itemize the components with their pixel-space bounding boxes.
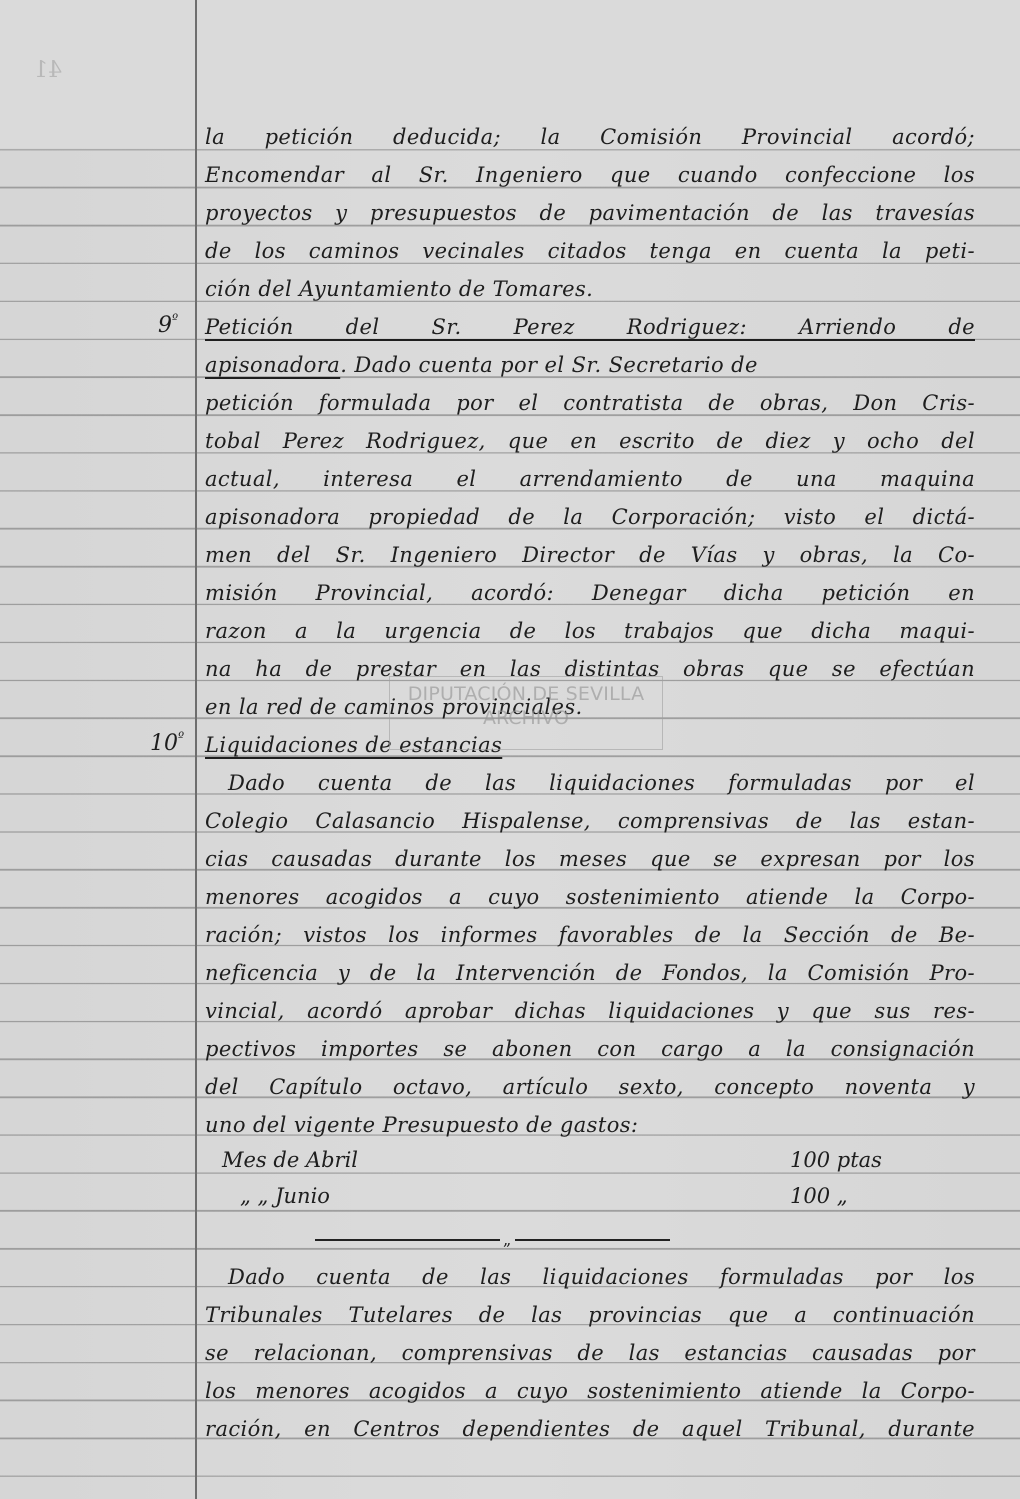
text-line: neficencia y de la Intervención de Fondo…	[205, 958, 975, 988]
separator-rule: „	[315, 1233, 670, 1247]
text-line: ción del Ayuntamiento de Tomares.	[205, 274, 975, 304]
text-line: razon a la urgencia de los trabajos que …	[205, 616, 975, 646]
text-line: misión Provincial, acordó: Denegar dicha…	[205, 578, 975, 608]
text-line: uno del vigente Presupuesto de gastos:	[205, 1110, 975, 1140]
section-heading-text: apisonadora	[205, 353, 340, 377]
separator-bar-left	[315, 1239, 500, 1241]
text-line: actual, interesa el arrendamiento de una…	[205, 464, 975, 494]
text-line: los menores acogidos a cuyo sostenimient…	[205, 1376, 975, 1406]
section-number-10: 10º	[150, 730, 184, 756]
bleed-through-page-number: 41	[34, 58, 62, 83]
text-line: de los caminos vecinales citados tenga e…	[205, 236, 975, 266]
entry-amount: 100 „	[790, 1184, 848, 1208]
margin-line	[195, 0, 197, 1499]
section-number-9: 9º	[158, 312, 178, 338]
text-line: Encomendar al Sr. Ingeniero que cuando c…	[205, 160, 975, 190]
separator-mark: „	[503, 1230, 511, 1249]
text-line: Colegio Calasancio Hispalense, comprensi…	[205, 806, 975, 836]
text-line: pectivos importes se abonen con cargo a …	[205, 1034, 975, 1064]
section-heading-continuation: apisonadora. Dado cuenta por el Sr. Secr…	[205, 350, 975, 380]
text-line: Tribunales Tutelares de las provincias q…	[205, 1300, 975, 1330]
text-line: del Capítulo octavo, artículo sexto, con…	[205, 1072, 975, 1102]
text-line: apisonadora propiedad de la Corporación;…	[205, 502, 975, 532]
text-line: na ha de prestar en las distintas obras …	[205, 654, 975, 684]
text-line: ración; vistos los informes favorables d…	[205, 920, 975, 950]
text-line: Dado cuenta de las liquidaciones formula…	[228, 768, 975, 798]
entry-label: „ „ Junio	[240, 1184, 330, 1208]
text-line: menores acogidos a cuyo sostenimiento at…	[205, 882, 975, 912]
text-line: cias causadas durante los meses que se e…	[205, 844, 975, 874]
entry-label: Mes de Abril	[222, 1148, 358, 1172]
text-line: vincial, acordó aprobar dichas liquidaci…	[205, 996, 975, 1026]
section-heading-text: Petición del Sr. Perez Rodriguez: Arrien…	[205, 315, 975, 339]
ledger-page: 41 la petición deducida; la Comisión Pro…	[0, 0, 1020, 1499]
separator-bar-right	[515, 1239, 670, 1241]
text-line: en la red de caminos provinciales.	[205, 692, 975, 722]
text-line: proyectos y presupuestos de pavimentació…	[205, 198, 975, 228]
section-heading: Petición del Sr. Perez Rodriguez: Arrien…	[205, 312, 975, 342]
text-line: se relacionan, comprensivas de las estan…	[205, 1338, 975, 1368]
text-line: petición formulada por el contratista de…	[205, 388, 975, 418]
text-line: ración, en Centros dependientes de aquel…	[205, 1414, 975, 1444]
section-heading-text: Liquidaciones de estancias	[205, 733, 502, 757]
text-line: tobal Perez Rodriguez, que en escrito de…	[205, 426, 975, 456]
text-line: men del Sr. Ingeniero Director de Vías y…	[205, 540, 975, 570]
entry-amount: 100 ptas	[790, 1148, 882, 1172]
section-heading: Liquidaciones de estancias	[205, 730, 975, 760]
text-line: la petición deducida; la Comisión Provin…	[205, 122, 975, 152]
text-line: Dado cuenta de las liquidaciones formula…	[228, 1262, 975, 1292]
